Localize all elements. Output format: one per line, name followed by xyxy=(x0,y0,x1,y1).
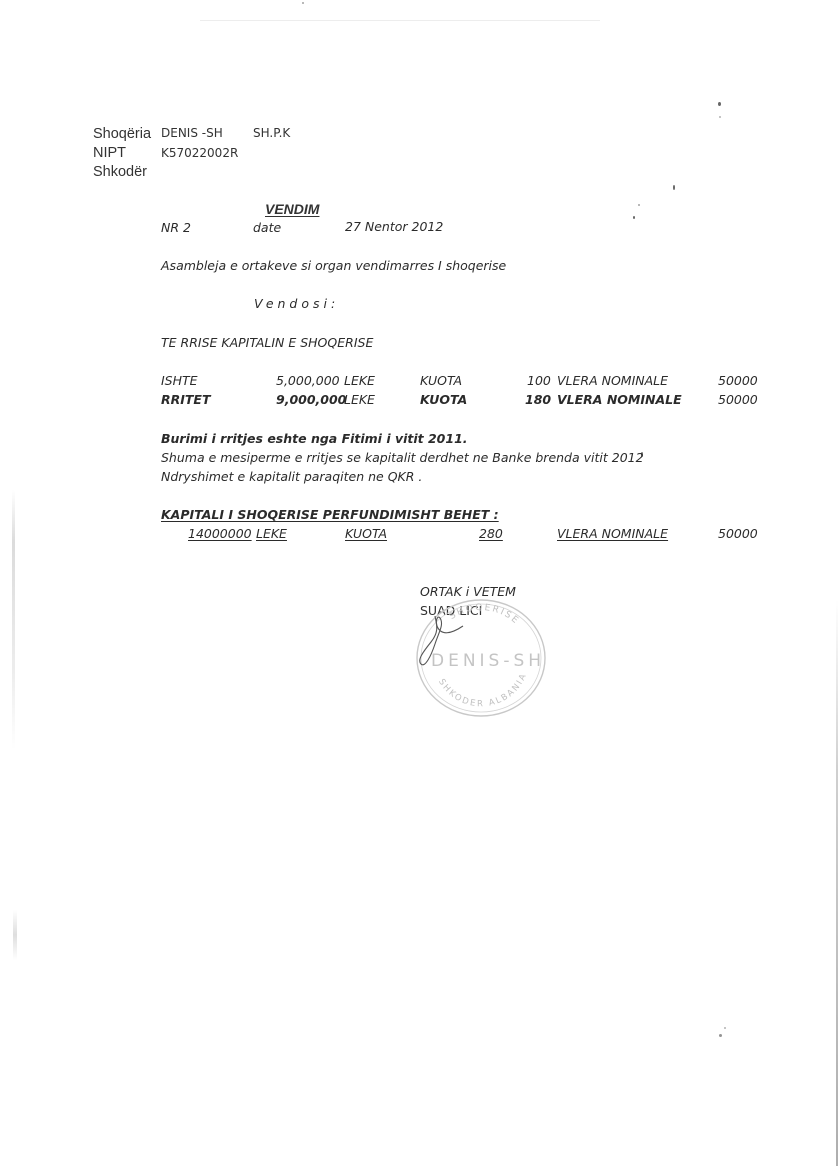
company-label: Shoqëria xyxy=(93,127,151,142)
scan-artifact-right-edge xyxy=(836,600,838,1166)
row-currency: LEKE xyxy=(344,394,375,407)
nipt-label: NIPT xyxy=(93,146,126,161)
scan-speck xyxy=(719,1034,722,1037)
final-nominal-value: 50000 xyxy=(718,528,758,541)
city: Shkodër xyxy=(93,165,147,180)
company-type: SH.P.K xyxy=(253,127,290,139)
row-amount: 5,000,000 xyxy=(276,375,340,388)
scanned-document-page: Shoqëria DENIS -SH SH.P.K NIPT K57022002… xyxy=(0,0,840,1166)
scan-speck xyxy=(673,185,675,190)
row-amount: 9,000,000 xyxy=(276,394,346,407)
scan-speck xyxy=(638,204,640,206)
row-nominal-label: VLERA NOMINALE xyxy=(557,375,668,388)
row-currency: LEKE xyxy=(344,375,375,388)
row-nominal-label: VLERA NOMINALE xyxy=(557,394,682,407)
scan-speck xyxy=(718,102,721,106)
date-value: 27 Nentor 2012 xyxy=(345,221,443,234)
svg-text:SHKODER ALBANIA: SHKODER ALBANIA xyxy=(436,671,529,709)
row-quota-label: KUOTA xyxy=(420,394,467,407)
assembly-text: Asambleja e ortakeve si organ vendimarre… xyxy=(161,260,506,273)
row-quota: 100 xyxy=(527,375,551,388)
final-quota: 280 xyxy=(479,528,503,541)
final-amount: 14000000 xyxy=(188,528,252,541)
row-quota-label: KUOTA xyxy=(420,375,462,388)
note-source: Burimi i rritjes eshte nga Fitimi i viti… xyxy=(161,433,468,446)
note-registration: Ndryshimet e kapitalit paraqiten ne QKR … xyxy=(161,471,422,484)
final-currency: LEKE xyxy=(256,528,287,541)
final-quota-label: KUOTA xyxy=(345,528,387,541)
stamp-bottom-text: SHKODER ALBANIA xyxy=(436,671,529,709)
final-capital-heading: KAPITALI I SHOQERISE PERFUNDIMISHT BEHET… xyxy=(161,509,499,522)
company-stamp: SHOQERISE DENIS-SH SHKODER ALBANIA xyxy=(413,596,549,724)
decided-label: Vendosi: xyxy=(254,298,339,311)
nipt-value: K57022002R xyxy=(161,147,238,159)
scan-speck xyxy=(302,2,304,4)
stamp-center-text: DENIS-SH xyxy=(431,651,545,671)
final-nominal-label: VLERA NOMINALE xyxy=(557,528,668,541)
scan-speck xyxy=(633,216,635,219)
row-nominal-value: 50000 xyxy=(718,375,758,388)
row-quota: 180 xyxy=(525,394,551,407)
scan-artifact-line xyxy=(200,20,600,21)
scan-speck xyxy=(724,1027,726,1029)
scan-speck xyxy=(719,116,721,118)
row-nominal-value: 50000 xyxy=(718,394,758,407)
company-name: DENIS -SH xyxy=(161,127,223,139)
decision-subject: TE RRISE KAPITALIN E SHOQERISE xyxy=(161,337,373,350)
note-deposit: Shuma e mesiperme e rritjes se kapitalit… xyxy=(161,452,644,465)
scan-artifact-left-edge-lower xyxy=(13,910,17,960)
row-label: ISHTE xyxy=(161,375,198,388)
scan-artifact-left-edge xyxy=(12,490,15,750)
row-label: RRITET xyxy=(161,394,211,407)
decision-title: VENDIM xyxy=(265,202,319,216)
date-label: date xyxy=(253,222,281,235)
decision-number: NR 2 xyxy=(161,222,191,235)
